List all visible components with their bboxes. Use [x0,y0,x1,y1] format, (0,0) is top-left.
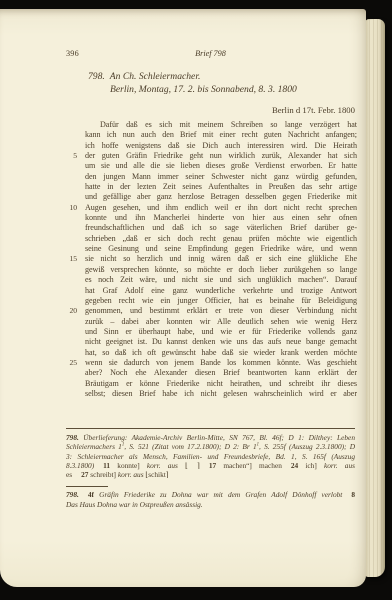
body-line-text: und gefällige aber ganz herzlose Betrage… [85,192,357,201]
body-line-text: den jungen Mann immer seiner Schwester n… [85,172,357,181]
body-line: freundschaftlichen und daß ich so sage v… [85,223,357,233]
body-line: selbst; diesen Brief habe ich nicht gele… [85,389,357,399]
text-segment: korr. aus [118,470,146,479]
body-line-text: wenn sie dadurch von jenem Bande los kom… [85,358,357,367]
apparatus-line: 798. Überlieferung: Akademie-Archiv Berl… [66,433,355,442]
body-line: konnte und ihn Mancherlei hinderte von h… [85,213,357,223]
body-line-text: Bräutigam er könne Friederike nicht heir… [85,379,357,388]
letter-heading-line1: 798.An Ch. Schleiermacher. [88,70,358,83]
letter-dateline: Berlin d 17t. Febr. 1800 [66,105,355,115]
body-line-text: der guten Gräfin Friedrike geht nun wirk… [85,151,357,160]
body-line: hatte in der lezten Zeit seines Aufentha… [85,182,357,192]
text-segment: korr. aus [147,461,185,470]
text-segment: 798. [66,433,79,442]
body-line: den jungen Mann immer seiner Schwester n… [85,172,357,182]
body-line-text: genommen, und bestimmt erklärt er trete … [85,306,357,315]
text-segment: Gräfin Friederike zu Dohna war mit dem G… [94,490,342,499]
commentary-line: Das Haus Dohna war in Ostpreußen ansässi… [66,500,355,510]
text-segment: korr. aus [324,461,355,470]
body-line-text: Dafür daß es sich mit meinem Schreiben s… [100,120,357,129]
body-line-text: ich hoffe wenigstens daß sie Dich auch i… [85,141,357,150]
body-line-text: hat Graf Adolf eine ganz wunderliche ver… [85,286,357,295]
body-line-text: gewiß versprechen könnte, so möchte er d… [85,265,357,274]
commentary-divider-rule [66,486,108,487]
body-line: schrieben „daß er sich doch recht genau … [85,234,357,244]
apparatus-block: 798. Überlieferung: Akademie-Archiv Berl… [66,433,355,479]
text-segment: 8.3.1800) [66,461,94,470]
letter-number: 798. [88,71,105,82]
line-number: 25 [67,358,77,368]
running-title: Brief 798 [66,49,355,58]
body-line: gewiß versprechen könnte, so möchte er d… [85,265,357,275]
body-line-text: hatte in der lezten Zeit seines Aufentha… [85,182,357,191]
body-line: 15sie nicht so herzlich und innig wären … [85,254,357,264]
body-line: kann ich nun auch den Brief mit einer re… [85,130,357,140]
page-number: 396 [66,49,79,58]
text-segment: Schleiermachers 1 [66,442,122,451]
line-number: 10 [67,203,77,213]
text-segment: konnte] [110,461,147,470]
body-line: Bräutigam er könne Friederike nicht heir… [85,379,357,389]
text-segment: 3: Schleiermacher als Mensch, Familien- … [66,452,355,461]
text-segment: schreibt] [88,470,117,479]
body-line-text: konnte und ihn Mancherlei hinderte von h… [85,213,357,222]
body-line-text: selbst; diesen Brief habe ich nicht gele… [85,389,357,398]
body-line: Dafür daß es sich mit meinem Schreiben s… [85,120,357,130]
line-number: 15 [67,254,77,264]
apparatus-line: 3: Schleiermacher als Mensch, Familien- … [66,452,355,461]
body-line-text: sie nicht so herzlich und innig wären da… [85,254,357,263]
body-line: aber? Noch ehe Alexander diesen Brief be… [85,368,357,378]
body-line-text: es noch Zeit wäre, und nicht sie und sic… [85,275,357,284]
text-segment: Das Haus Dohna war in Ostpreußen ansässi… [66,500,203,509]
body-line: seine Gesinung und seine Empfindung gege… [85,244,357,254]
text-segment: machen“] machen [216,461,282,470]
text-segment: ⌊ [185,461,188,470]
line-number: 5 [67,151,77,161]
body-line-text: und Sinn er überhaupt habe, und wie er f… [85,327,357,336]
text-segment: , S. 521 (Zitat vom 17.2.1800); D 2: Br … [124,442,256,451]
book-fore-edge [365,19,385,577]
letter-heading: 798.An Ch. Schleiermacher. Berlin, Monta… [88,70,358,96]
body-line: 20genommen, und bestimmt erklärt er tret… [85,306,357,316]
text-segment: 8 [351,490,355,499]
body-line: zurük – dabei aber konnten wir Alle deut… [85,317,357,327]
body-line-text: schrieben „daß er sich doch recht genau … [85,234,357,243]
text-segment: ⌊schikt⌉ [145,470,168,479]
body-line-text: freundschaftlichen und daß ich so sage v… [85,223,357,232]
commentary-block: 798.4f Gräfin Friederike zu Dohna war mi… [66,490,355,510]
apparatus-line: es27 schreibt] korr. aus ⌊schikt⌉ [66,470,355,479]
text-segment: ⌉ [197,461,200,470]
commentary-line: 798.4f Gräfin Friederike zu Dohna war mi… [66,490,355,500]
line-number: 20 [67,306,77,316]
body-line-text: um sie und alle die sie lieben dieses gr… [85,161,357,170]
running-header: 396 Brief 798 [66,49,355,58]
body-line-text: aber? Noch ehe Alexander diesen Brief be… [85,368,357,377]
text-segment: , S. 255f (Auszug 2.3.1800); D [259,442,355,451]
body-line-text: seine Gesinung und seine Empfindung gege… [85,244,357,253]
body-line: es noch Zeit wäre, und nicht sie und sic… [85,275,357,285]
apparatus-line: Schleiermachers 11, S. 521 (Zitat vom 17… [66,442,355,451]
body-line: 10Augen gesehen, und ihm endlich weil er… [85,203,357,213]
text-segment: ich] [298,461,324,470]
letter-addressee: An Ch. Schleiermacher. [110,71,201,82]
body-line: gegeben recht wie ein junger Officier, h… [85,296,357,306]
body-line-text: zurük – dabei aber konnten wir Alle deut… [85,317,357,326]
body-line-text: kann ich nun auch den Brief mit einer re… [85,130,357,139]
body-line-text: nicht geeignet ist. Du kannst denken wie… [85,337,357,346]
body-line-text: gegeben recht wie ein junger Officier, h… [85,296,357,305]
text-segment: Überlieferung: Akademie-Archiv Berlin-Mi… [79,433,355,442]
page-content: 396 Brief 798 798.An Ch. Schleiermacher.… [0,0,366,600]
body-line-text: hat, so daß ich oft gewünscht habe daß s… [85,348,357,357]
apparatus-divider-rule [66,428,355,429]
body-line: und Sinn er überhaupt habe, und wie er f… [85,327,357,337]
body-line: hat Graf Adolf eine ganz wunderliche ver… [85,286,357,296]
body-line: 25wenn sie dadurch von jenem Bande los k… [85,358,357,368]
text-segment: 798. [66,490,79,499]
body-line: nicht geeignet ist. Du kannst denken wie… [85,337,357,347]
letter-heading-line2: Berlin, Montag, 17. 2. bis Sonnabend, 8.… [110,83,358,96]
body-line: 5der guten Gräfin Friedrike geht nun wir… [85,151,357,161]
body-line: und gefällige aber ganz herzlose Betrage… [85,192,357,202]
body-line-text: Augen gesehen, und ihm endlich weil er i… [85,203,357,212]
apparatus-line: 8.3.1800)11 konnte] korr. aus ⌊⌉17 mache… [66,461,355,470]
text-segment: es [66,470,72,479]
body-line: ich hoffe wenigstens daß sie Dich auch i… [85,141,357,151]
body-line: hat, so daß ich oft gewünscht habe daß s… [85,348,357,358]
body-line: um sie und alle die sie lieben dieses gr… [85,161,357,171]
letter-body: Dafür daß es sich mit meinem Schreiben s… [85,120,357,399]
